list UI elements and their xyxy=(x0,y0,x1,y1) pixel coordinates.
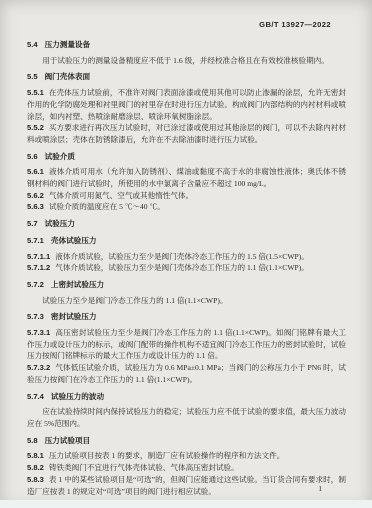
clause-text: 买方要求进行再次压力试验时，对已涂过漆或使用过其他涂层的阀门，可以不去除内衬材料… xyxy=(27,123,346,144)
clause-paragraph: 5.7.1.2气体介质试验，试验压力至少是阀门壳体冷态工作压力的 1.1 倍(1… xyxy=(27,262,346,274)
clause-text: 液体介质试验，试验压力至少是阀门壳体冷态工作压力的 1.5 倍(1.5×CWP)… xyxy=(55,252,309,261)
section-title: 试验介质 xyxy=(45,152,75,161)
clause-paragraph: 5.7.3.1高压密封试验压力至少是阀门冷态工作压力的 1.1 倍(1.1×CW… xyxy=(27,327,346,362)
section-heading: 5.6试验介质 xyxy=(27,151,346,163)
page-bottom-edge xyxy=(0,500,372,508)
section-heading: 5.4压力测量设备 xyxy=(27,39,346,51)
clause-number: 5.8 xyxy=(27,436,38,445)
section-heading: 5.7.2上密封试验压力 xyxy=(27,279,346,291)
document-body: 5.4压力测量设备用于试验压力的测量设备精度应不低于 1.6 级，并经校准合格且… xyxy=(27,39,346,497)
section-heading: 5.7试验压力 xyxy=(27,218,346,230)
clause-paragraph: 5.6.2气体介质可用氮气、空气或其他惰性气体。 xyxy=(27,190,346,202)
clause-number: 5.6 xyxy=(27,152,38,161)
page-number: 1 xyxy=(318,484,322,493)
clause-number: 5.6.2 xyxy=(27,191,44,200)
clause-paragraph: 5.8.1压力试验项目按表 1 的要求，制造厂应有试验操作的程序和方法文件。 xyxy=(27,450,346,462)
clause-number: 5.7.1.2 xyxy=(27,263,50,272)
clause-number: 5.8.3 xyxy=(27,475,44,484)
clause-number: 5.7.4 xyxy=(27,392,44,401)
section-title: 密封试验压力 xyxy=(51,312,97,321)
clause-text: 用于试验压力的测量设备精度应不低于 1.6 级，并经校准合格且在有效校准核验期内… xyxy=(42,56,329,65)
section-title: 压力测量设备 xyxy=(45,40,91,49)
section-heading: 5.7.4试验压力的波动 xyxy=(27,391,346,403)
section-title: 上密封试验压力 xyxy=(51,280,104,289)
clause-number: 5.7.1.1 xyxy=(27,252,50,261)
section-title: 试验压力 xyxy=(45,219,75,228)
section-title: 试验压力的波动 xyxy=(51,392,104,401)
clause-number: 5.7.1 xyxy=(27,236,44,245)
section-heading: 5.7.3密封试验压力 xyxy=(27,311,346,323)
clause-number: 5.5.2 xyxy=(27,123,44,132)
body-paragraph: 用于试验压力的测量设备精度应不低于 1.6 级，并经校准合格且在有效校准核验期内… xyxy=(27,55,346,67)
clause-text: 试验压力至少是阀门冷态工作压力的 1.1 倍(1.1×CWP)。 xyxy=(42,296,227,305)
clause-text: 气体介质试验，试验压力至少是阀门壳体冷态工作压力的 1.1 倍(1.1×CWP)… xyxy=(55,263,309,272)
clause-text: 压力试验项目按表 1 的要求，制造厂应有试验操作的程序和方法文件。 xyxy=(49,451,284,460)
clause-number: 5.6.1 xyxy=(27,167,44,176)
clause-text: 表 1 中的某些试验项目是“可选”的，但阀门应能通过这些试验。当订货合同有要求时… xyxy=(27,475,346,496)
clause-number: 5.7.3.2 xyxy=(27,363,50,372)
clause-number: 5.7.3.1 xyxy=(27,328,50,337)
section-title: 壳体试验压力 xyxy=(51,236,97,245)
clause-text: 气体低压试验介质，试验压力为 0.6 MPa±0.1 MPa；当阀门的公称压力小… xyxy=(27,363,346,384)
clause-number: 5.5 xyxy=(27,72,38,81)
section-heading: 5.5阀门壳体表面 xyxy=(27,71,346,83)
document-page: GB/T 13927—2022 5.4压力测量设备用于试验压力的测量设备精度应不… xyxy=(0,0,372,508)
clause-number: 5.8.2 xyxy=(27,463,44,472)
body-paragraph: 应在试验持续时间内保持试验压力的稳定；试验压力应不低于试验的要求值，最大压力波动… xyxy=(27,406,346,429)
clause-text: 气体介质可用氮气、空气或其他惰性气体。 xyxy=(49,191,193,200)
clause-paragraph: 5.7.3.2气体低压试验介质，试验压力为 0.6 MPa±0.1 MPa；当阀… xyxy=(27,362,346,385)
section-heading: 5.7.1壳体试验压力 xyxy=(27,235,346,247)
clause-paragraph: 5.8.2铸铁类阀门不宜进行气体壳体试验、气体高压密封试验。 xyxy=(27,462,346,474)
body-paragraph: 试验压力至少是阀门冷态工作压力的 1.1 倍(1.1×CWP)。 xyxy=(27,295,346,307)
clause-text: 应在试验持续时间内保持试验压力的稳定；试验压力应不低于试验的要求值，最大压力波动… xyxy=(27,407,346,428)
clause-paragraph: 5.5.2买方要求进行再次压力试验时，对已涂过漆或使用过其他涂层的阀门，可以不去… xyxy=(27,122,346,145)
clause-paragraph: 5.8.3表 1 中的某些试验项目是“可选”的，但阀门应能通过这些试验。当订货合… xyxy=(27,474,346,497)
clause-number: 5.5.1 xyxy=(27,88,44,97)
clause-paragraph: 5.6.1液体介质可用水（允许加入防锈剂）、煤油或黏度不高于水的非腐蚀性液体；奥… xyxy=(27,166,346,189)
clause-text: 铸铁类阀门不宜进行气体壳体试验、气体高压密封试验。 xyxy=(49,463,239,472)
clause-number: 5.4 xyxy=(27,40,38,49)
clause-text: 在壳体压力试验前，不准许对阀门表面涂漆或使用其他可以防止渗漏的涂层，允许无密封作… xyxy=(27,88,346,120)
clause-number: 5.7 xyxy=(27,219,38,228)
clause-number: 5.7.2 xyxy=(27,280,44,289)
clause-paragraph: 5.7.1.1液体介质试验，试验压力至少是阀门壳体冷态工作压力的 1.5 倍(1… xyxy=(27,251,346,263)
clause-number: 5.7.3 xyxy=(27,312,44,321)
clause-text: 试验介质的温度应在 5 ℃～40 ℃。 xyxy=(49,202,165,211)
section-heading: 5.8压力试验项目 xyxy=(27,435,346,447)
standard-number: GB/T 13927—2022 xyxy=(259,20,331,29)
section-title: 阀门壳体表面 xyxy=(45,72,91,81)
section-title: 压力试验项目 xyxy=(45,436,91,445)
clause-paragraph: 5.6.3试验介质的温度应在 5 ℃～40 ℃。 xyxy=(27,201,346,213)
clause-number: 5.6.3 xyxy=(27,202,44,211)
clause-text: 液体介质可用水（允许加入防锈剂）、煤油或黏度不高于水的非腐蚀性液体；奥氏体不锈钢… xyxy=(27,167,346,188)
clause-text: 高压密封试验压力至少是阀门冷态工作压力的 1.1 倍(1.1×CWP)。如阀门铭… xyxy=(27,328,346,360)
clause-number: 5.8.1 xyxy=(27,451,44,460)
clause-paragraph: 5.5.1在壳体压力试验前，不准许对阀门表面涂漆或使用其他可以防止渗漏的涂层，允… xyxy=(27,87,346,122)
